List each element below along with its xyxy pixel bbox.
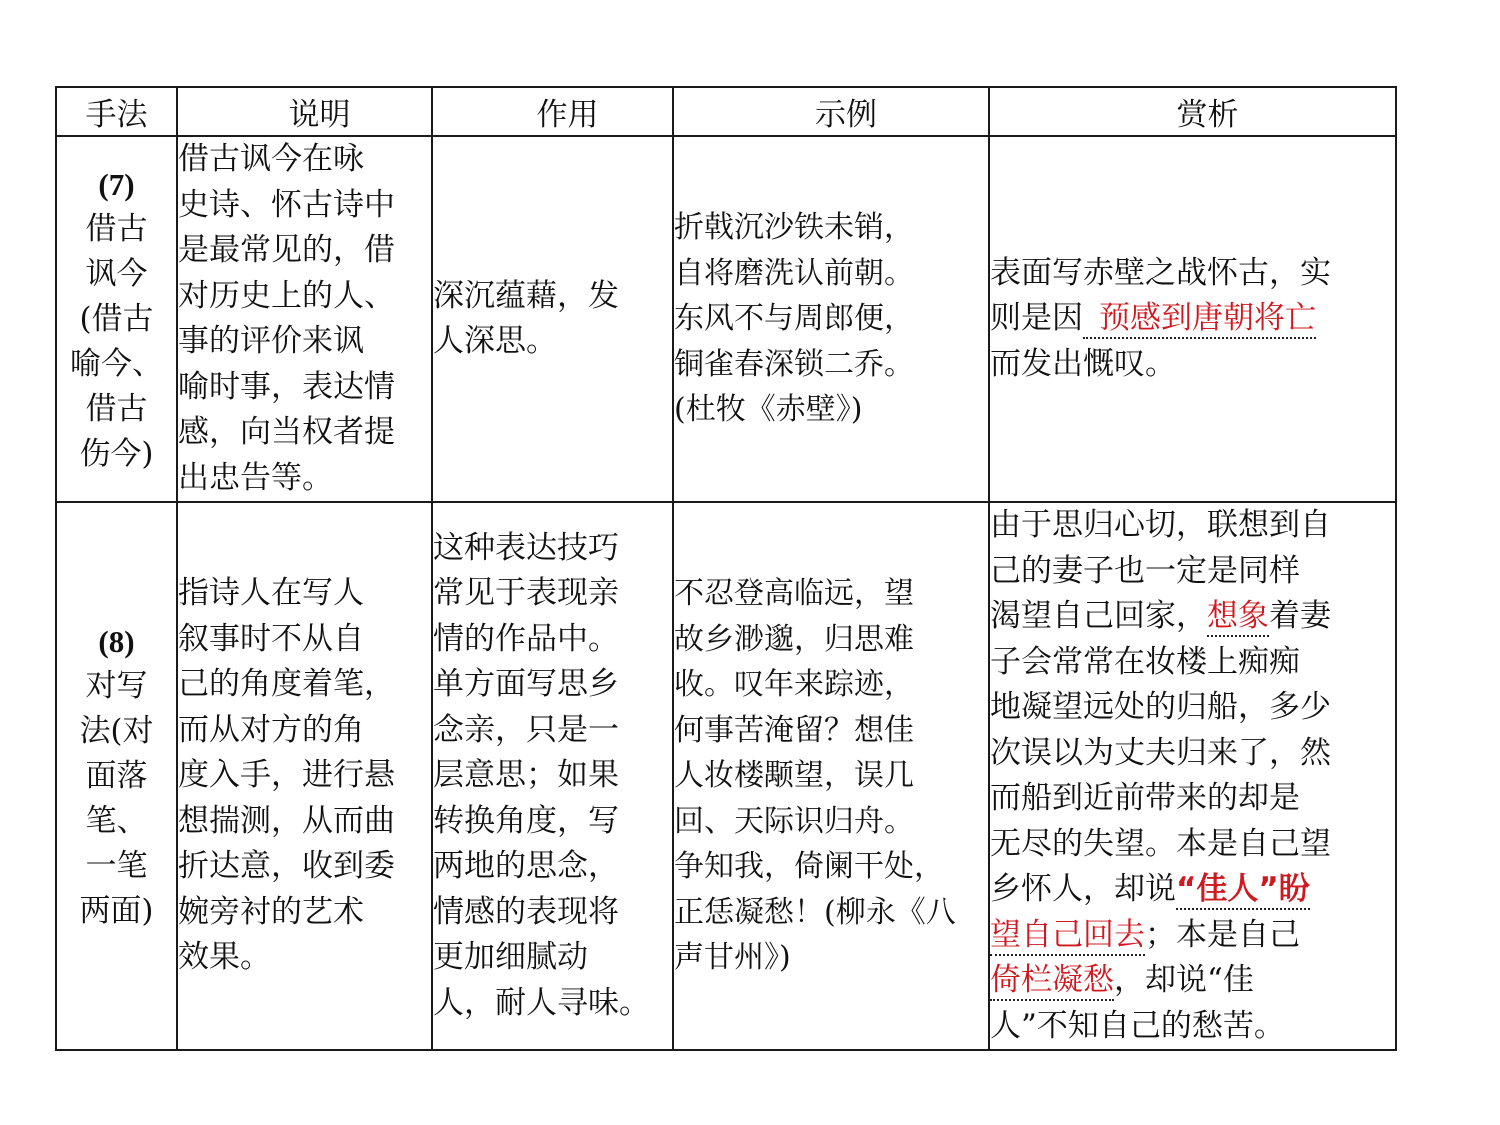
poem-line: 自将磨洗认前朝。 xyxy=(674,251,988,297)
analysis-cell: 由于思归心切，联想到自 己的妻子也一定是同样 渴望自己回家，想象着妻 子会常常在… xyxy=(989,502,1396,1050)
poem-line: 何事苦淹留？想佳 xyxy=(674,708,988,754)
text-line: 度入手，进行悬 xyxy=(178,753,431,799)
text-line: 情的作品中。 xyxy=(433,617,672,663)
text-line: 事的评价来讽 xyxy=(178,319,431,365)
text-line: 而船到近前带来的却是 xyxy=(990,776,1395,822)
text-line: 常见于表现亲 xyxy=(433,571,672,617)
method-line: 法(对 xyxy=(57,709,176,754)
method-number: (7) xyxy=(57,162,176,207)
description-cell: 借古讽今在咏 史诗、怀古诗中 是最常见的，借 对历史上的人、 事的评价来讽 喻时… xyxy=(177,136,432,502)
method-line: (借古 xyxy=(57,297,176,342)
text-line: 表面写赤壁之战怀古，实 xyxy=(990,251,1395,297)
text-line: 人”不知自己的愁苦。 xyxy=(990,1004,1395,1050)
text-line: 己的角度着笔， xyxy=(178,662,431,708)
text-line: 更加细腻动 xyxy=(433,935,672,981)
method-line: 借古 xyxy=(57,207,176,252)
poem-line: 正恁凝愁！(柳永《八 xyxy=(674,890,988,936)
poem-line: 故乡渺邈，归思难 xyxy=(674,617,988,663)
text-line: 渴望自己回家，想象着妻 xyxy=(990,594,1395,640)
poem-line: 声甘州》) xyxy=(674,935,988,981)
text-line: 层意思；如果 xyxy=(433,753,672,799)
answer-blank: 望自己回去 xyxy=(990,916,1145,956)
method-line: 一笔 xyxy=(57,844,176,889)
text-line: 出忠告等。 xyxy=(178,456,431,502)
text-line: 望自己回去；本是自己 xyxy=(990,913,1395,959)
text-fragment: 乡怀人，却说 xyxy=(990,871,1176,907)
table-row: (8) 对写 法(对 面落 笔、 一笔 两面) 指诗人在写人 叙事时不从自 己的… xyxy=(56,502,1396,1050)
analysis-cell: 表面写赤壁之战怀古，实 则是因预感到唐朝将亡 而发出慨叹。 xyxy=(989,136,1396,502)
text-line: 念亲，只是一 xyxy=(433,708,672,754)
poem-line: 回、天际识归舟。 xyxy=(674,799,988,845)
text-line: 想揣测，从而曲 xyxy=(178,799,431,845)
text-line: 叙事时不从自 xyxy=(178,617,431,663)
text-line: 由于思归心切，联想到自 xyxy=(990,503,1395,549)
text-line: 次误以为丈夫归来了，然 xyxy=(990,731,1395,777)
example-cell: 折戟沉沙铁未销， 自将磨洗认前朝。 东风不与周郎便， 铜雀春深锁二乔。 (杜牧《… xyxy=(673,136,989,502)
text-line: 地凝望远处的归船，多少 xyxy=(990,685,1395,731)
header-row: 手法 说明 作用 示例 赏析 xyxy=(56,87,1396,136)
text-line: 转换角度，写 xyxy=(433,799,672,845)
effect-cell: 深沉蕴藉，发 人深思。 xyxy=(432,136,673,502)
text-line: 感，向当权者提 xyxy=(178,410,431,456)
text-line: 婉旁衬的艺术 xyxy=(178,890,431,936)
poem-line: 折戟沉沙铁未销， xyxy=(674,205,988,251)
description-cell: 指诗人在写人 叙事时不从自 己的角度着笔， 而从对方的角 度入手，进行悬 想揣测… xyxy=(177,502,432,1050)
method-line: 对写 xyxy=(57,664,176,709)
text-line: 子会常常在妆楼上痴痴 xyxy=(990,640,1395,686)
text-line: 喻时事，表达情 xyxy=(178,365,431,411)
text-line: 而发出慨叹。 xyxy=(990,342,1395,388)
text-line: 人，耐人寻味。 xyxy=(433,981,672,1027)
text-line: 无尽的失望。本是自己望 xyxy=(990,822,1395,868)
text-line: 两地的思念， xyxy=(433,844,672,890)
text-line: 情感的表现将 xyxy=(433,890,672,936)
method-line: 借古 xyxy=(57,387,176,432)
text-line: 倚栏凝愁，却说“佳 xyxy=(990,958,1395,1004)
method-line: 讽今 xyxy=(57,252,176,297)
techniques-table: 手法 说明 作用 示例 赏析 (7) 借古 讽今 (借古 喻今、 借古 伤今) … xyxy=(55,86,1397,1051)
text-fragment: 则是因 xyxy=(990,300,1083,336)
example-cell: 不忍登高临远，望 故乡渺邈，归思难 收。叹年来踪迹， 何事苦淹留？想佳 人妆楼颙… xyxy=(673,502,989,1050)
text-line: 这种表达技巧 xyxy=(433,526,672,572)
text-fragment: ；本是自己 xyxy=(1145,917,1300,953)
text-line: 乡怀人，却说“佳人”盼 xyxy=(990,867,1395,913)
text-line: 人深思。 xyxy=(433,319,672,365)
poem-line: 不忍登高临远，望 xyxy=(674,571,988,617)
answer-blank: 倚栏凝愁 xyxy=(990,961,1114,1001)
answer-blank: “佳人”盼 xyxy=(1176,870,1310,910)
poem-line: 争知我，倚阑干处， xyxy=(674,844,988,890)
text-line: 对历史上的人、 xyxy=(178,274,431,320)
text-line: 是最常见的，借 xyxy=(178,228,431,274)
method-cell: (7) 借古 讽今 (借古 喻今、 借古 伤今) xyxy=(56,136,177,502)
text-fragment: 渴望自己回家， xyxy=(990,598,1207,634)
method-line: 两面) xyxy=(57,889,176,934)
method-number: (8) xyxy=(57,619,176,664)
text-line: 指诗人在写人 xyxy=(178,571,431,617)
answer-blank: 想象 xyxy=(1207,597,1269,637)
effect-cell: 这种表达技巧 常见于表现亲 情的作品中。 单方面写思乡 念亲，只是一 层意思；如… xyxy=(432,502,673,1050)
method-line: 面落 xyxy=(57,754,176,799)
method-line: 笔、 xyxy=(57,799,176,844)
method-line: 喻今、 xyxy=(57,342,176,387)
table-row: (7) 借古 讽今 (借古 喻今、 借古 伤今) 借古讽今在咏 史诗、怀古诗中 … xyxy=(56,136,1396,502)
poem-line: (杜牧《赤壁》) xyxy=(674,387,988,433)
poem-line: 人妆楼颙望，误几 xyxy=(674,753,988,799)
text-line: 深沉蕴藉，发 xyxy=(433,274,672,320)
text-line: 折达意，收到委 xyxy=(178,844,431,890)
text-line: 则是因预感到唐朝将亡 xyxy=(990,296,1395,342)
text-fragment: 着妻 xyxy=(1269,598,1331,634)
poem-line: 收。叹年来踪迹， xyxy=(674,662,988,708)
header-explanation: 说明 xyxy=(177,87,432,136)
text-line: 而从对方的角 xyxy=(178,708,431,754)
text-line: 己的妻子也一定是同样 xyxy=(990,549,1395,595)
header-function: 作用 xyxy=(432,87,673,136)
header-technique: 手法 xyxy=(56,87,177,136)
text-line: 单方面写思乡 xyxy=(433,662,672,708)
text-line: 效果。 xyxy=(178,935,431,981)
text-fragment: ，却说“佳 xyxy=(1114,962,1254,998)
method-cell: (8) 对写 法(对 面落 笔、 一笔 两面) xyxy=(56,502,177,1050)
answer-blank: 预感到唐朝将亡 xyxy=(1083,299,1316,339)
text-line: 史诗、怀古诗中 xyxy=(178,183,431,229)
method-line: 伤今) xyxy=(57,432,176,477)
header-analysis: 赏析 xyxy=(989,87,1396,136)
text-line: 借古讽今在咏 xyxy=(178,137,431,183)
poem-line: 铜雀春深锁二乔。 xyxy=(674,342,988,388)
poem-line: 东风不与周郎便， xyxy=(674,296,988,342)
header-example: 示例 xyxy=(673,87,989,136)
